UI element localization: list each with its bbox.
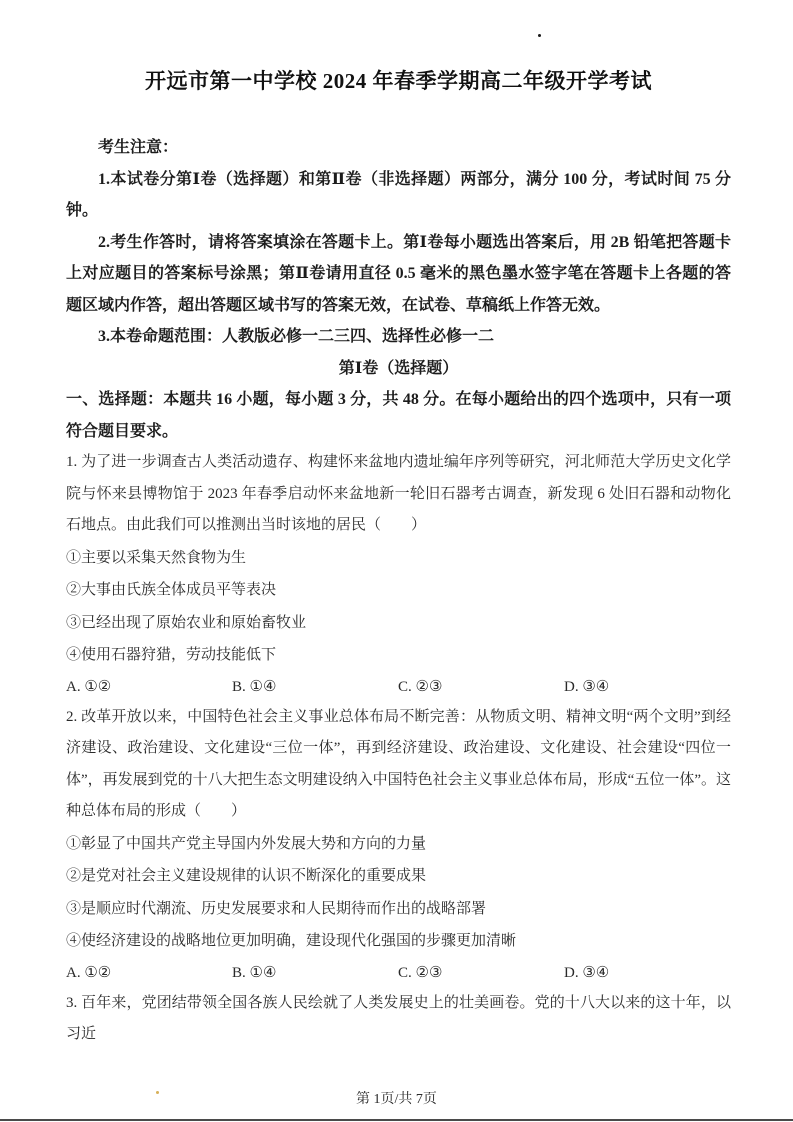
notice-item-3: 3.本卷命题范围：人教版必修一二三四、选择性必修一二 (66, 321, 731, 353)
question-2-suboption-4: ④使经济建设的战略地位更加明确，建设现代化强国的步骤更加清晰 (66, 925, 731, 958)
bottom-border-line (0, 1119, 793, 1121)
section-heading: 第Ⅰ卷（选择题） (66, 353, 731, 385)
notice-item-1: 1.本试卷分第Ⅰ卷（选择题）和第Ⅱ卷（非选择题）两部分，满分 100 分，考试时… (66, 164, 731, 227)
section-intro: 一、选择题：本题共 16 小题，每小题 3 分，共 48 分。在每小题给出的四个… (66, 384, 731, 447)
scan-color-dot-artifact (156, 1091, 159, 1094)
question-1-suboption-3: ③已经出现了原始农业和原始畜牧业 (66, 607, 731, 640)
question-2-choice-d: D. ③④ (564, 958, 609, 988)
question-1-suboption-1: ①主要以采集天然食物为生 (66, 542, 731, 575)
question-2-choice-c: C. ②③ (398, 958, 564, 988)
page-content: 开远市第一中学校 2024 年春季学期高二年级开学考试 考生注意： 1.本试卷分… (0, 0, 793, 1051)
question-1-choice-d: D. ③④ (564, 672, 609, 702)
question-1-suboption-2: ②大事由氏族全体成员平等表决 (66, 574, 731, 607)
question-3-stem: 3. 百年来，党团结带领全国各族人民绘就了人类发展史上的壮美画卷。党的十八大以来… (66, 988, 731, 1051)
question-1-choice-c: C. ②③ (398, 672, 564, 702)
question-1: 1. 为了进一步调查古人类活动遗存、构建怀来盆地内遗址编年序列等研究，河北师范大… (66, 447, 731, 702)
question-1-choice-b: B. ①④ (232, 672, 398, 702)
question-2-suboption-3: ③是顺应时代潮流、历史发展要求和人民期待而作出的战略部署 (66, 893, 731, 926)
notice-heading: 考生注意： (66, 132, 731, 164)
question-2-stem: 2. 改革开放以来，中国特色社会主义事业总体布局不断完善：从物质文明、精神文明“… (66, 702, 731, 828)
question-2-choice-b: B. ①④ (232, 958, 398, 988)
question-2-choices: A. ①② B. ①④ C. ②③ D. ③④ (66, 958, 731, 988)
question-1-choice-a: A. ①② (66, 672, 232, 702)
notice-item-2: 2.考生作答时，请将答案填涂在答题卡上。第Ⅰ卷每小题选出答案后，用 2B 铅笔把… (66, 227, 731, 322)
question-2: 2. 改革开放以来，中国特色社会主义事业总体布局不断完善：从物质文明、精神文明“… (66, 702, 731, 988)
question-2-suboption-1: ①彰显了中国共产党主导国内外发展大势和方向的力量 (66, 828, 731, 861)
question-2-suboption-2: ②是党对社会主义建设规律的认识不断深化的重要成果 (66, 860, 731, 893)
question-1-suboption-4: ④使用石器狩猎，劳动技能低下 (66, 639, 731, 672)
exam-paper-page: 开远市第一中学校 2024 年春季学期高二年级开学考试 考生注意： 1.本试卷分… (0, 0, 793, 1122)
page-number: 第 1页/共 7页 (0, 1088, 793, 1108)
scan-dot-artifact (538, 34, 541, 37)
question-2-choice-a: A. ①② (66, 958, 232, 988)
question-1-stem: 1. 为了进一步调查古人类活动遗存、构建怀来盆地内遗址编年序列等研究，河北师范大… (66, 447, 731, 542)
question-3: 3. 百年来，党团结带领全国各族人民绘就了人类发展史上的壮美画卷。党的十八大以来… (66, 988, 731, 1051)
question-1-choices: A. ①② B. ①④ C. ②③ D. ③④ (66, 672, 731, 702)
page-title: 开远市第一中学校 2024 年春季学期高二年级开学考试 (66, 68, 731, 94)
